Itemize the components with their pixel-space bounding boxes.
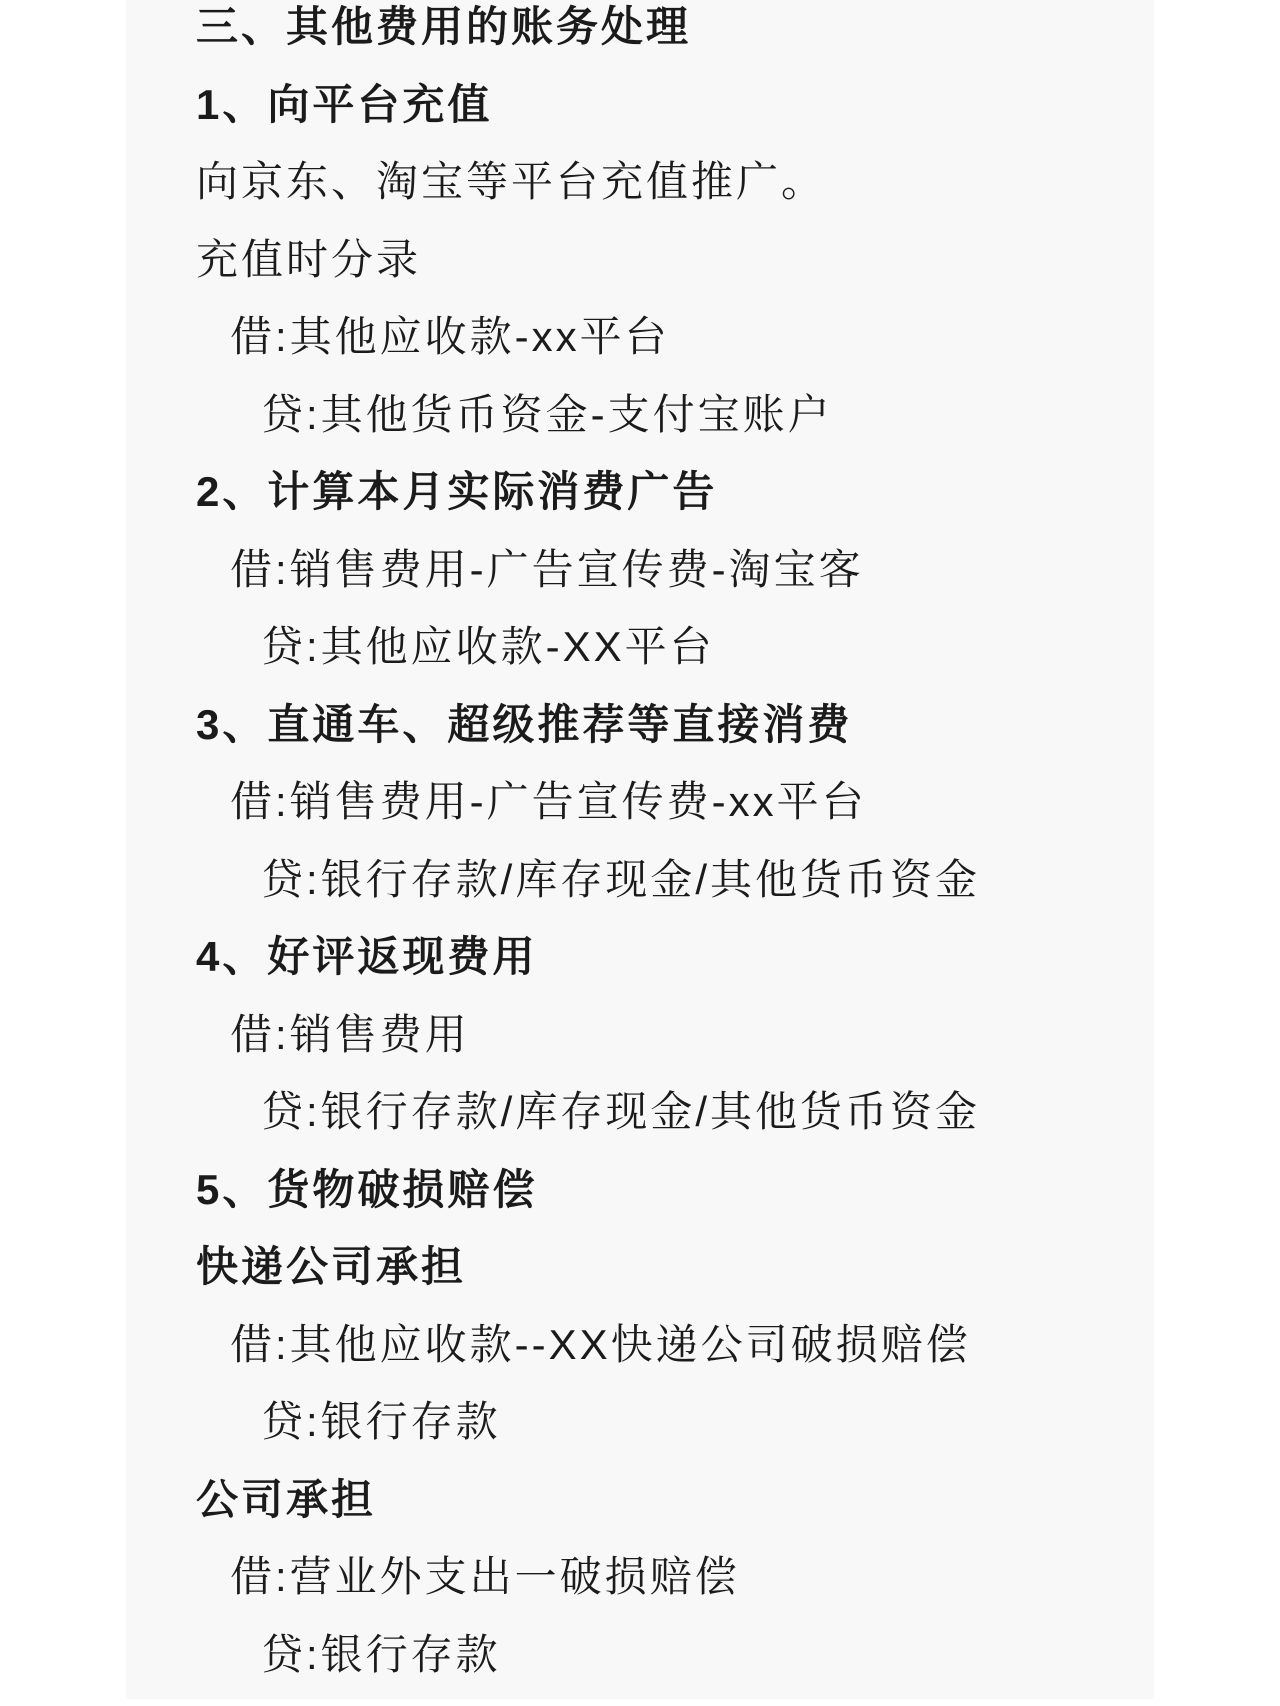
journal-entry-line: 借:销售费用 bbox=[126, 996, 1154, 1074]
journal-entry-line: 向京东、淘宝等平台充值推广。 bbox=[126, 143, 1154, 221]
journal-entry-line: 借:其他应收款-xx平台 bbox=[126, 298, 1154, 376]
heading-line: 快递公司承担 bbox=[126, 1228, 1154, 1306]
document-panel: 三、其他费用的账务处理1、向平台充值向京东、淘宝等平台充值推广。充值时分录借:其… bbox=[126, 0, 1154, 1699]
journal-entry-line: 借:营业外支出一破损赔偿 bbox=[126, 1538, 1154, 1616]
journal-entry-line: 贷:银行存款 bbox=[126, 1616, 1154, 1694]
journal-entry-line: 借:其他应收款--XX快递公司破损赔偿 bbox=[126, 1306, 1154, 1384]
heading-line: 4、好评返现费用 bbox=[126, 918, 1154, 996]
document-text: 三、其他费用的账务处理1、向平台充值向京东、淘宝等平台充值推广。充值时分录借:其… bbox=[126, 0, 1154, 1693]
journal-entry-line: 贷:其他货币资金-支付宝账户 bbox=[126, 376, 1154, 454]
journal-entry-line: 贷:其他应收款-XX平台 bbox=[126, 608, 1154, 686]
page: 三、其他费用的账务处理1、向平台充值向京东、淘宝等平台充值推广。充值时分录借:其… bbox=[0, 0, 1280, 1706]
heading-line: 1、向平台充值 bbox=[126, 66, 1154, 144]
journal-entry-line: 贷:银行存款 bbox=[126, 1383, 1154, 1461]
heading-line: 公司承担 bbox=[126, 1461, 1154, 1539]
heading-line: 三、其他费用的账务处理 bbox=[126, 0, 1154, 66]
journal-entry-line: 贷:银行存款/库存现金/其他货币资金 bbox=[126, 841, 1154, 919]
journal-entry-line: 充值时分录 bbox=[126, 221, 1154, 299]
journal-entry-line: 借:销售费用-广告宣传费-xx平台 bbox=[126, 763, 1154, 841]
heading-line: 2、计算本月实际消费广告 bbox=[126, 453, 1154, 531]
journal-entry-line: 贷:银行存款/库存现金/其他货币资金 bbox=[126, 1073, 1154, 1151]
heading-line: 5、货物破损赔偿 bbox=[126, 1151, 1154, 1229]
journal-entry-line: 借:销售费用-广告宣传费-淘宝客 bbox=[126, 531, 1154, 609]
heading-line: 3、直通车、超级推荐等直接消费 bbox=[126, 686, 1154, 764]
